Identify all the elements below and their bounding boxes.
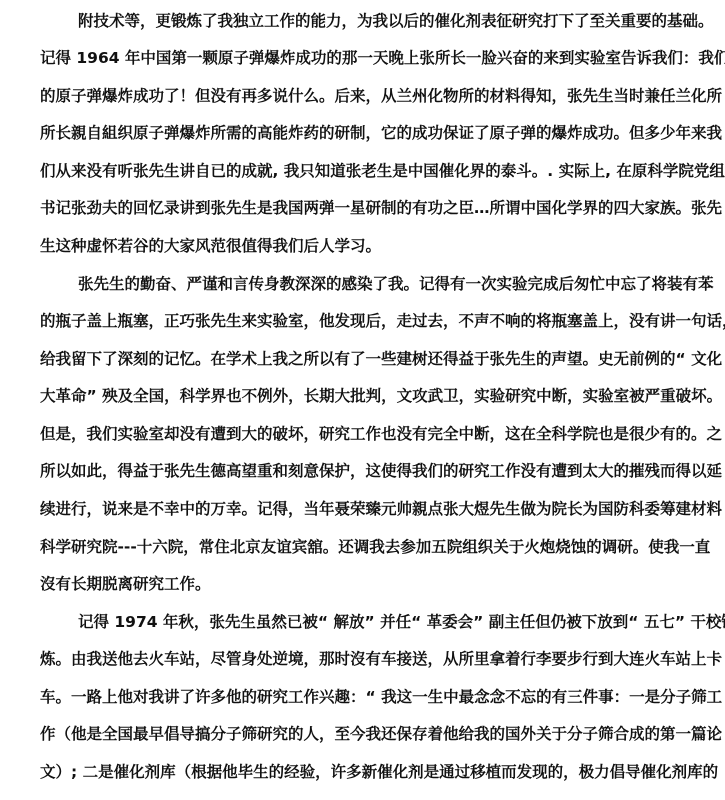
text-line: 炼。由我送他去火车站，尽管身处逆境，那时沒有车接送，从所里拿着行李要步行到大连火… [40, 647, 693, 671]
text-line: 给我留下了深刻的记忆。在学术上我之所以有了一些建树还得益于张先生的声望。史无前例… [40, 347, 693, 371]
text-line: 沒有长期脱离研究工作。 [40, 572, 693, 596]
text-line: 续进行，说来是不幸中的万幸。记得，当年聂荣臻元帅親点张大煜先生做为院长为国防科委… [40, 497, 693, 521]
text-line: 张先生的勤奋、严谨和言传身教深深的感染了我。记得有一次实验完成后匆忙中忘了将装有… [78, 272, 693, 296]
text-line: 的瓶子盖上瓶塞，正巧张先生来实验室，他发现后，走过去，不声不响的将瓶塞盖上，没有… [40, 309, 693, 333]
text-line: 记得 1964 年中国第一颗原子弹爆炸成功的那一天晚上张所长一脸兴奋的来到实验室… [40, 46, 693, 70]
text-line: 所长親自組织原子弹爆炸所需的高能炸药的研制，它的成功保证了原子弹的爆炸成功。但多… [40, 121, 693, 145]
text-line: 文）; 二是催化剂库（根据他毕生的经验，许多新催化剂是通过移植而发现的，极力倡导… [40, 760, 693, 784]
text-line: 科学研究院---十六院，常住北京友谊宾舘。还调我去参加五院组织关于火炮烧蚀的调研… [40, 535, 693, 559]
text-line: 书记张劲夫的回忆录讲到张先生是我国两弹一星研制的有功之臣…所谓中国化学界的四大家… [40, 196, 693, 220]
text-line: 附技术等，更锻炼了我独立工作的能力，为我以后的催化剂表征研究打下了至关重要的基础… [78, 9, 693, 33]
text-line: 记得 1974 年秋，张先生虽然已被“ 解放” 并任“ 革委会” 副主任但仍被下… [78, 610, 693, 634]
text-line: 所以如此，得益于张先生德高望重和刻意保护，这使得我们的研究工作没有遭到太大的摧残… [40, 459, 693, 483]
document-page: 附技术等，更锻炼了我独立工作的能力，为我以后的催化剂表征研究打下了至关重要的基础… [0, 0, 725, 800]
text-line: 们从来没有听张先生讲自已的成就, 我只知道张老生是中国催化界的泰斗。. 实际上,… [40, 159, 693, 183]
text-line: 的原子弹爆炸成功了！但没有再多说什么。后来，从兰州化物所的材料得知，张先生当时兼… [40, 84, 693, 108]
text-line: 大革命” 殃及全国，科学界也不例外，长期大批判，文攻武卫，实验研究中断，实验室被… [40, 384, 693, 408]
text-line: 但是，我们实验室却没有遭到大的破坏，研究工作也没有完全中断，这在全科学院也是很少… [40, 422, 693, 446]
text-line: 车。一路上他对我讲了许多他的研究工作兴趣：“ 我这一生中最念念不忘的有三件事：一… [40, 685, 693, 709]
text-line: 作（他是全国最早倡导搞分子筛研究的人，至今我还保存着他给我的国外关于分子筛合成的… [40, 722, 693, 746]
text-line: 生这种虚怀若谷的大家风范很值得我们后人学习。 [40, 234, 693, 258]
